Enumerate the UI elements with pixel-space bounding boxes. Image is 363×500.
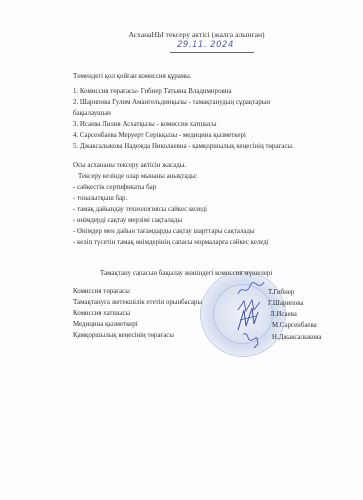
signatory-role: Комиссия хатшысы bbox=[73, 311, 130, 318]
finding-item: - өнімдерді сақтау мерзімі сақталады bbox=[73, 218, 182, 225]
signature-scribble bbox=[234, 306, 260, 332]
member-item: 3. Исаева Лилия Асхатқызы - комиссия хат… bbox=[73, 122, 216, 129]
signatory-name: Г.Шарипова bbox=[268, 301, 303, 308]
signatory-role: Қамқоршылық кеңесінің төрағасы bbox=[73, 333, 174, 340]
member-item: 1. Комиссия төрағасы- Гибнер Татьяна Вла… bbox=[73, 89, 232, 96]
member-item-continuation: бақылаушын bbox=[73, 111, 111, 118]
commission-heading: Тамақтану сапасын бақылау жөніндегі коми… bbox=[100, 271, 272, 278]
checked-intro: Осы асхананы тексеру актісін жасады. bbox=[73, 163, 186, 170]
member-item: 5. Джаксалыкова Надежда Николаевна - қам… bbox=[73, 144, 294, 151]
finding-item: - келіп түсетін тамақ өнімдерінің сапасы… bbox=[73, 240, 269, 247]
signatory-role: Медицина қызметкері bbox=[73, 322, 138, 329]
signatory-name: Т.Гибнер bbox=[268, 290, 294, 297]
finding-item: - тамақ дайындау технологиясы сәйкес кел… bbox=[73, 207, 207, 214]
member-item: 2. Шарипова Гулим Амангельдинқызы - тама… bbox=[73, 100, 270, 107]
signatory-role: Комиссия төрағасы bbox=[73, 289, 130, 296]
finding-item: - тоназытқыш бар. bbox=[73, 196, 127, 203]
document-title: АсханаНЫ тексеру актісі (жалға алынған) bbox=[0, 30, 363, 39]
signatory-name: Н.Джаксалыкова bbox=[272, 335, 321, 342]
signature-scribble bbox=[240, 330, 262, 350]
member-item: 4. Сарсенбаева Меруерт Серікқызы - медиц… bbox=[73, 133, 246, 140]
signatory-name: М.Сарсенбаева bbox=[272, 323, 317, 330]
findings-intro: Тексеру кезінде олар мынаны анықтады: bbox=[78, 174, 198, 181]
handwritten-date: 29.11. 2024 bbox=[177, 40, 234, 50]
document-page: АсханаНЫ тексеру актісі (жалға алынған) … bbox=[0, 0, 363, 500]
intro-text: Төмендегі қол қойған комиссия құрамы. bbox=[73, 74, 192, 81]
finding-item: - сәйкестік сертификаты бар bbox=[73, 185, 156, 192]
signatory-role: Тамақтануға жетекшілік ететін орынбасары bbox=[73, 300, 202, 307]
signature-scribble bbox=[236, 280, 266, 298]
signatory-name: Л.Исаева bbox=[270, 312, 297, 319]
finding-item: - Өнімдер мен дайын тағамдарды сақтау ша… bbox=[73, 229, 255, 236]
